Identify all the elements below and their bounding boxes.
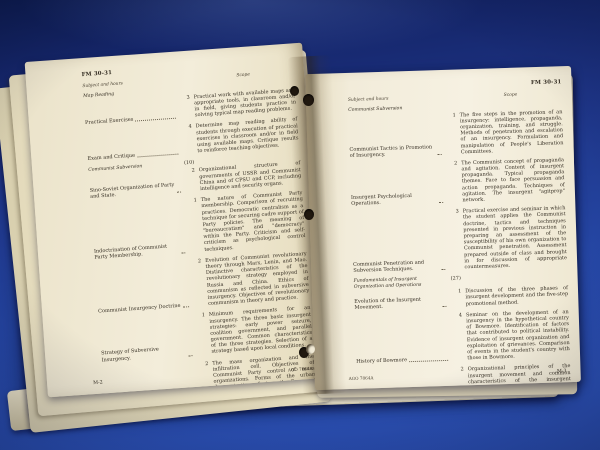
scope-column-header: Scope [459, 91, 562, 99]
page-number: M-3 [557, 369, 567, 374]
table-row: Insurgent Psychological Operations. 2 Th… [350, 157, 565, 207]
subject-cell: Strategy of Subversive Insurgency. [99, 313, 195, 363]
hours-value: (10) [181, 160, 198, 167]
page-number: M-2 [93, 380, 103, 386]
table-row: Communist Tactics in Promotion of Insurg… [348, 109, 563, 159]
table-row: Communist Penetration and Subversion Tec… [351, 205, 567, 274]
scope-text: Determine map reading ability of student… [196, 117, 300, 155]
hours-value: 4 [449, 312, 468, 362]
hours-value: 3 [177, 94, 196, 120]
left-page-rows: Map Reading Practical Exercises 3 Practi… [83, 79, 316, 397]
subject-label: Sino-Soviet Organization of Party and St… [90, 182, 176, 200]
subject-label: History of Bowmore [356, 357, 407, 365]
scope-text: The Communist concept of propaganda and … [461, 157, 565, 204]
right-page-header: FM 30-31 [347, 79, 561, 92]
leader-dots [441, 269, 445, 270]
scope-text: Practical work with available maps and a… [193, 87, 296, 119]
subject-cell: Fundamentals of Insurgent Organization a… [354, 276, 448, 290]
binder-hole [290, 86, 299, 96]
subject-cell: Practical Exercises [84, 95, 179, 126]
left-page: FM 30-31 Subject and hours Scope Map Rea… [25, 43, 326, 398]
scope-text: The five steps in the promotion of an in… [460, 109, 564, 156]
subject-label: Strategy of Subversive Insurgency. [101, 345, 187, 363]
leader-dots [135, 118, 176, 122]
subject-cell: History of Bowmore [355, 313, 451, 365]
binder-hole [304, 209, 314, 220]
scope-text: Discussion of the three phases of insurg… [465, 285, 568, 307]
right-page: FM 30-31 Subject and hours Scope Communi… [305, 66, 581, 390]
subject-cell: Evolution of the Insurgent Movement. [354, 289, 449, 311]
subject-label: Communist Penetration and Subversion Tec… [353, 259, 439, 274]
leader-dots [137, 154, 179, 158]
right-column-headers: Subject and hours Scope [348, 91, 562, 103]
leader-dots [189, 355, 193, 356]
subject-label: Exam and Critique [87, 153, 135, 162]
binder-hole-highlight [306, 344, 315, 354]
subject-label: Map Reading [83, 92, 114, 100]
subject-cell: Exam and Critique [86, 125, 181, 162]
hours-value: 2 [182, 168, 201, 194]
subject-label: Communist Subversion [348, 106, 402, 113]
leader-dots [439, 202, 443, 203]
right-page-rows: Communist Subversion Communist Tactics i… [348, 101, 572, 390]
subject-column-header: Subject and hours [348, 95, 442, 103]
leader-dots [443, 306, 447, 307]
subject-label: Practical Exercises [85, 117, 134, 126]
hours-column-spacer [175, 76, 192, 82]
subject-cell: Insurgent Psychological Operations. [350, 161, 445, 207]
table-row: Communist Insurgency Doctrine 2 Evolutio… [95, 251, 310, 315]
table-row: Strategy of Subversive Insurgency. 1 Min… [99, 305, 314, 363]
subject-label: Indoctrination of Communist Party Member… [94, 242, 180, 260]
scope-text [465, 272, 568, 286]
scope-text: Minimum requirements for an insurgency. … [209, 305, 314, 355]
subject-cell: Indoctrination of Communist Party Member… [91, 198, 188, 260]
ago-number: AGO 7864A [349, 375, 374, 381]
subject-column-header: Subject and hours [82, 78, 175, 89]
scope-text: Organizational structure of governments … [199, 161, 302, 193]
scope-text: Evolution of Communist revolutionary the… [205, 251, 310, 307]
hours-value [176, 86, 193, 93]
subject-cell: Communist Tactics in Promotion of Insurg… [348, 113, 443, 159]
hours-column-spacer [442, 94, 459, 100]
subject-label: Fundamentals of Insurgent Organization a… [354, 276, 440, 290]
subject-label: Communist Tactics in Promotion of Insurg… [349, 144, 435, 159]
scope-text: Practical exercise and seminar in which … [463, 205, 568, 270]
subject-label: Evolution of the Insurgent Movement. [354, 296, 440, 311]
subject-label: Communist Insurgency Doctrine [98, 303, 181, 315]
subject-cell: Communist Insurgency Doctrine [95, 259, 191, 315]
hours-value [442, 104, 459, 110]
photo-scene: FM 30-31 Subject and hours Scope Map Rea… [0, 0, 600, 450]
hours-value: (27) [448, 275, 465, 287]
table-row: Indoctrination of Communist Party Member… [91, 190, 306, 260]
leader-dots [409, 360, 448, 362]
hours-value: 4 [179, 124, 198, 156]
leader-dots [177, 192, 181, 193]
leader-dots [182, 252, 186, 253]
subject-cell: Sino-Soviet Organization of Party and St… [89, 169, 184, 200]
subject-label: Insurgent Psychological Operations. [351, 192, 437, 207]
scope-text: The nature of Communist Party membership… [201, 190, 306, 253]
hours-value: 2 [444, 160, 462, 204]
leader-dots [438, 154, 442, 155]
binder-hole [303, 94, 314, 106]
leader-dots [183, 307, 190, 308]
table-row: Evolution of the Insurgent Movement. 1 D… [354, 285, 568, 310]
hours-value: 1 [448, 289, 466, 308]
scope-text: Seminar on the development of an insurge… [466, 309, 570, 362]
hours-value: 3 [446, 209, 465, 271]
subject-cell: Communist Penetration and Subversion Tec… [351, 209, 447, 274]
table-row: History of Bowmore 4 Seminar on the deve… [355, 309, 570, 365]
hours-value: 1 [443, 112, 461, 156]
